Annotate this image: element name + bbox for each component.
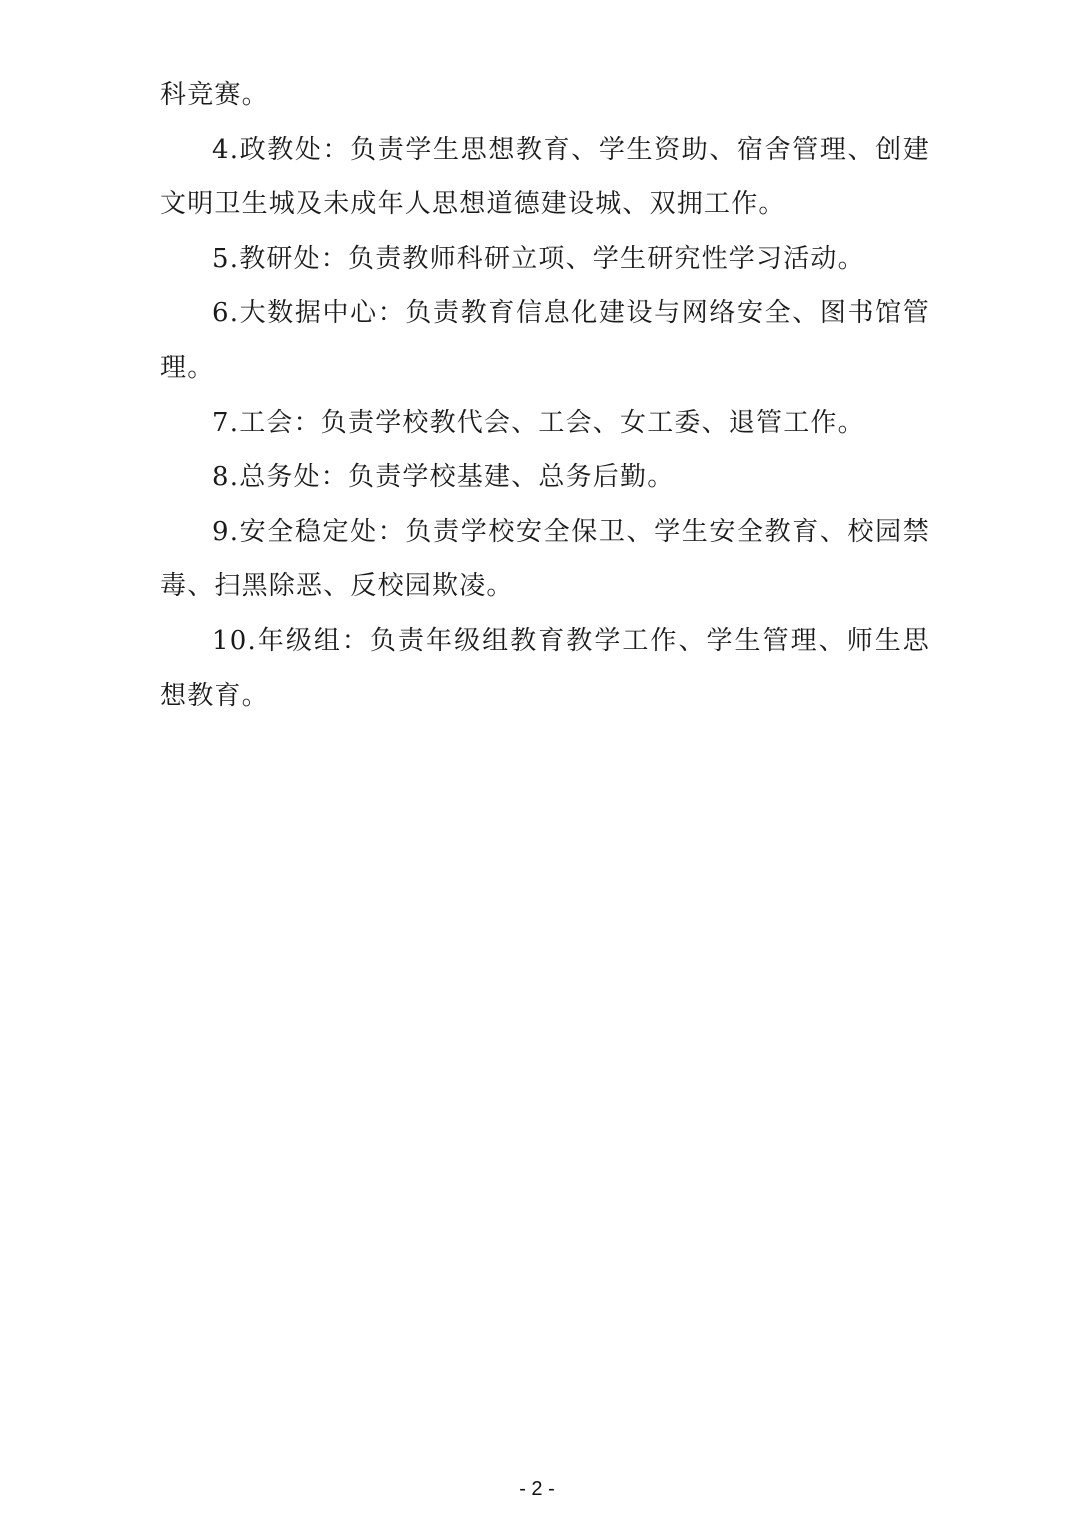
paragraph-item-6-big-data-center: 6.大数据中心：负责教育信息化建设与网络安全、图书馆管理。 (160, 286, 930, 395)
paragraph-item-4-political-education-office: 4.政教处：负责学生思想教育、学生资助、宿舍管理、创建文明卫生城及未成年人思想道… (160, 123, 930, 232)
page-number: - 2 - (0, 1478, 1074, 1501)
paragraph-continuation: 科竞赛。 (160, 68, 930, 123)
paragraph-item-8-general-affairs-office: 8.总务处：负责学校基建、总务后勤。 (160, 450, 930, 505)
paragraph-item-10-grade-group: 10.年级组：负责年级组教育教学工作、学生管理、师生思想教育。 (160, 614, 930, 723)
document-body: 科竞赛。 4.政教处：负责学生思想教育、学生资助、宿舍管理、创建文明卫生城及未成… (160, 68, 930, 723)
paragraph-item-7-trade-union: 7.工会：负责学校教代会、工会、女工委、退管工作。 (160, 396, 930, 451)
paragraph-item-9-safety-stability-office: 9.安全稳定处：负责学校安全保卫、学生安全教育、校园禁毒、扫黑除恶、反校园欺凌。 (160, 505, 930, 614)
paragraph-item-5-teaching-research-office: 5.教研处：负责教师科研立项、学生研究性学习活动。 (160, 232, 930, 287)
